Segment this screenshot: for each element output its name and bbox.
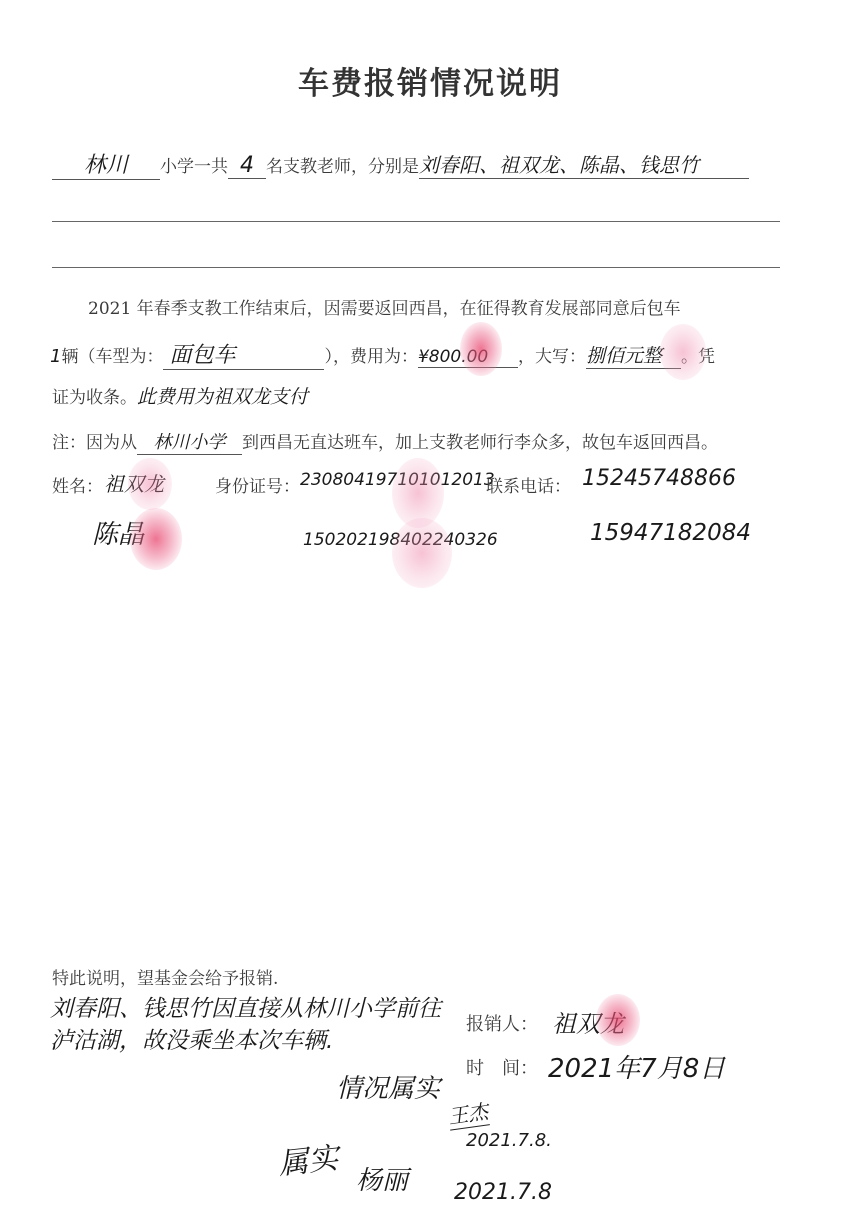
vehicle-text: 辆（车型为：	[61, 347, 163, 367]
contact-id-2: 150202198402240326	[303, 530, 498, 550]
teacher-count-handwritten: 4	[228, 153, 266, 179]
contact-id-1: 230804197101012013	[300, 470, 495, 490]
approver-1-date: 2021.7.8.	[466, 1130, 552, 1151]
voucher-text-a: 。凭	[681, 347, 715, 367]
note-school-handwritten: 林川小学	[137, 428, 242, 455]
contact-name-2: 陈晶	[92, 514, 144, 551]
capital-text: ，大写：	[518, 347, 586, 367]
school-name-handwritten: 林川	[52, 148, 160, 180]
document-title: 车费报销情况说明	[0, 58, 860, 103]
approval-verify-note: 情况属实	[336, 1068, 440, 1105]
vehicle-type-handwritten: 面包车	[163, 338, 324, 370]
contact-phone-1: 15245748866	[582, 466, 736, 491]
contact-label-id: 身份证号：	[215, 472, 300, 497]
approver-2-signature: 杨丽	[356, 1160, 408, 1197]
closing-statement: 特此说明，望基金会给予报销.	[52, 964, 278, 989]
approval-verify-note-2: 属实	[276, 1133, 340, 1183]
handwritten-note-line-1: 刘春阳、钱思竹因直接从林川小学前往	[50, 990, 441, 1023]
paragraph-line-1: 2021 年春季支教工作结束后，因需要返回西昌，在征得教育发展部同意后包车	[88, 294, 681, 319]
note-line: 注：因为从林川小学到西昌无直达班车，加上支教老师行李众多，故包车返回西昌。	[52, 428, 718, 455]
approver-1-signature: 王杰	[446, 1095, 490, 1130]
fingerprint-stamp-id-1	[392, 458, 444, 528]
claimant-label: 报销人：	[466, 1010, 538, 1036]
teacher-names-handwritten: 刘春阳、祖双龙、陈晶、钱思竹	[419, 149, 749, 179]
payer-note-handwritten: 此费用为祖双龙支付	[137, 386, 308, 408]
claimant-handwritten: 祖双龙	[552, 1004, 624, 1039]
fee-text: ），费用为：	[324, 347, 418, 367]
teacher-count-text-a: 小学一共	[160, 157, 228, 177]
fee-handwritten: ¥800.00	[418, 347, 518, 368]
blank-line-1	[52, 221, 780, 222]
paragraph-line-3: 证为收条。此费用为祖双龙支付	[52, 382, 308, 409]
fingerprint-stamp-id-2	[392, 518, 452, 588]
fee-capital-handwritten: 捌佰元整	[586, 341, 681, 369]
time-handwritten: 2021年7月8日	[548, 1048, 725, 1085]
blank-line-2	[52, 267, 780, 268]
note-text-b: 到西昌无直达班车，加上支教老师行李众多，故包车返回西昌。	[242, 433, 718, 453]
contact-phone-2: 15947182084	[590, 520, 751, 546]
contact-label-phone: 联系电话：	[486, 472, 571, 497]
voucher-text-b: 证为收条。	[52, 388, 137, 408]
vehicle-count-handwritten: 1	[50, 346, 61, 367]
paragraph-line-2: 1辆（车型为：面包车），费用为：¥800.00，大写：捌佰元整。凭	[50, 338, 715, 370]
time-label: 时 间：	[466, 1054, 538, 1080]
teacher-count-line: 林川小学一共4名支教老师，分别是刘春阳、祖双龙、陈晶、钱思竹	[52, 148, 749, 180]
contact-label-name: 姓名：	[52, 472, 103, 497]
contact-name-1: 祖双龙	[104, 468, 164, 497]
teacher-count-text-b: 名支教老师，分别是	[266, 157, 419, 177]
approver-2-date: 2021.7.8	[454, 1180, 552, 1205]
handwritten-note-line-2: 泸沽湖，故没乘坐本次车辆.	[50, 1022, 333, 1055]
note-text-a: 注：因为从	[52, 433, 137, 453]
